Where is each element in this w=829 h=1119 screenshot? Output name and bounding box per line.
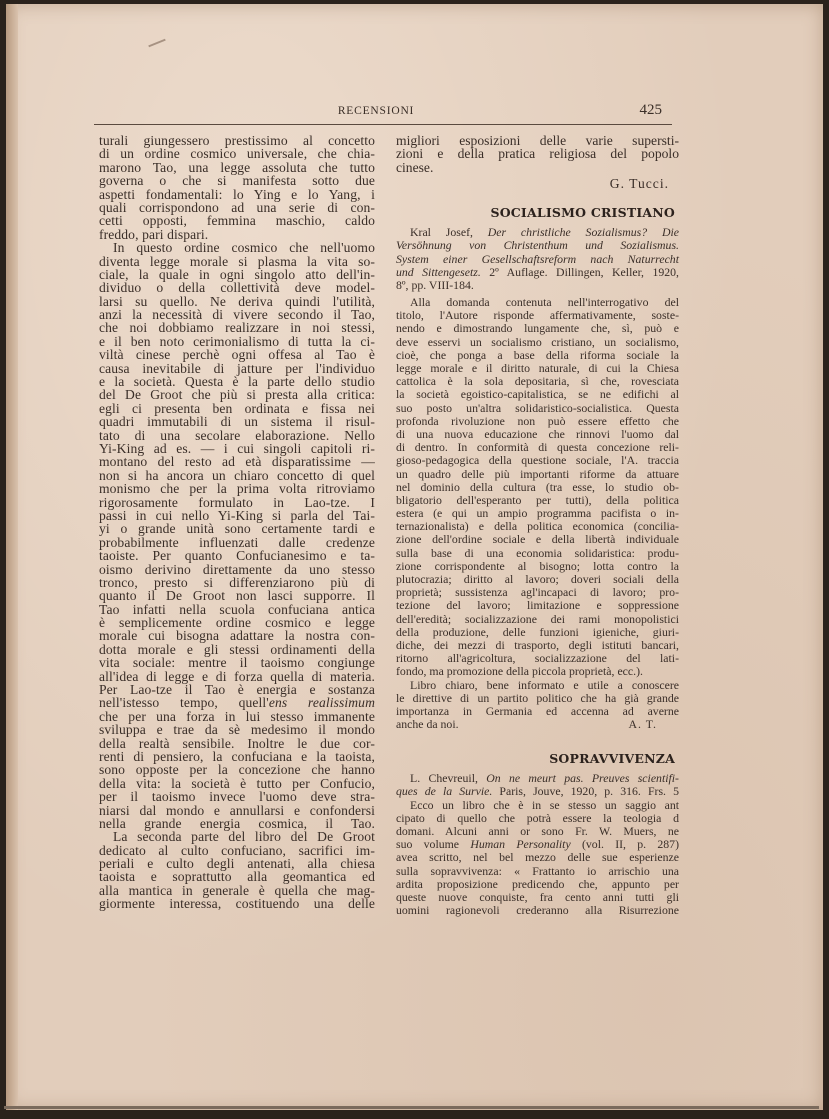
text-line: un quadro delle più importanti riforme d…	[396, 468, 679, 481]
text-line: yi o grande unità sono certamente tardi …	[99, 522, 375, 535]
text-line: cetti opposti, femmina maschio, caldo	[99, 214, 375, 227]
text-line: uomini ragionevoli crederanno alla Risur…	[396, 904, 679, 917]
text-fragment: anche da noi.	[396, 718, 459, 731]
reviewer-signature: A. T.	[629, 718, 679, 731]
citation-author: L. Chevreuil,	[410, 771, 486, 785]
text-line: In questo ordine cosmico che nell'uomo	[99, 241, 375, 254]
citation-title: On ne meurt pas. Preuves scientifi-	[486, 771, 679, 785]
citation-details: 8º, pp. VIII-184.	[396, 279, 679, 292]
text-line: quadri immutabili di un sistema il risul…	[99, 415, 375, 428]
text-line: che noi dobbiamo realizzare in noi stess…	[99, 321, 375, 334]
text-line: Yi-King ad es. — i cui singoli capitoli …	[99, 442, 375, 455]
text-line: cinese.	[396, 161, 679, 174]
text-line: e il ben noto cerimonialismo di tutta la…	[99, 335, 375, 348]
text-line: non si ha ancora un chiaro concetto di q…	[99, 469, 375, 482]
text-line: alla mantica in generale è quella che ma…	[99, 884, 375, 897]
text-line: ardita proposizione predicendo che, appu…	[396, 878, 679, 891]
text-line: taoiste. Per quanto Confucianesimo e ta-	[99, 549, 375, 562]
text-line: nendo e dimostrando lungamente che, sì, …	[396, 322, 679, 335]
text-line: deve esservi un socialismo cristiano, un…	[396, 336, 679, 349]
text-line: migliori esposizioni delle varie superst…	[396, 134, 679, 147]
paragraph: turali giungessero prestissimo al concet…	[99, 134, 375, 241]
text-line: marono Tao, una legge assoluta che tutto	[99, 161, 375, 174]
text-line: all'idea di legge e di forza quella di m…	[99, 670, 375, 683]
right-column: migliori esposizioni delle varie superst…	[396, 134, 679, 917]
text-line: probabilmente influenzati dalle credenze	[99, 536, 375, 549]
text-line: aspetti fondamentali: lo Ying e lo Yang,…	[99, 188, 375, 201]
text-line: della vita: la società è tutto per Confu…	[99, 777, 375, 790]
text-line: sulla sopravvivenza: « Frattanto io arri…	[396, 865, 679, 878]
text-fragment: suo volume	[396, 837, 470, 851]
text-line: governa o che si manifesta sotto due	[99, 174, 375, 187]
text-line: tato di una secolare elaborazione. Nello	[99, 429, 375, 442]
text-line: taoista e soprattutto alla geomantica ed	[99, 870, 375, 883]
page-number: 425	[640, 102, 663, 119]
text-line: niarsi dal mondo e annullarsi e confonde…	[99, 804, 375, 817]
text-line: morale cui bisogna adattare la nostra co…	[99, 629, 375, 642]
text-line: è semplicemente ordine cosmico e legge	[99, 616, 375, 629]
text-line: passi in cui nello Yi-King si parla del …	[99, 509, 375, 522]
review-socialismo-cristiano: SOCIALISMO CRISTIANO Kral Josef, Der chr…	[396, 205, 679, 731]
text-line: del De Groot che più si presta alla crit…	[99, 388, 375, 401]
text-line: dividuo o della collettività deve model-	[99, 281, 375, 294]
text-line: profonda rivoluzione non può essere effe…	[396, 415, 679, 428]
citation-author: Kral Josef,	[410, 225, 488, 239]
closing-line: anche da noi. A. T.	[396, 718, 679, 731]
text-line: quali corrispondono ad una serie di con-	[99, 201, 375, 214]
review-sopravvivenza: SOPRAVVIVENZA L. Chevreuil, On ne meurt …	[396, 751, 679, 917]
citation-details: Paris, Jouve, 1920, p. 316. Frs. 5	[492, 784, 679, 798]
text-line: periali e culto degli antenati, alla chi…	[99, 857, 375, 870]
text-line: Ecco un libro che è in se stesso un sagg…	[396, 799, 679, 812]
text-line: giormente interessa, costituendo una del…	[99, 897, 375, 910]
page-bottom-edge	[4, 1106, 819, 1109]
text-line: montano del resto ad età disparatissime …	[99, 455, 375, 468]
text-line: sulla base di una economia solidaristica…	[396, 547, 679, 560]
section-heading: SOCIALISMO CRISTIANO	[396, 205, 675, 220]
text-line: per il taoismo invece l'uomo deve stra-	[99, 790, 375, 803]
text-line: nella grande energia cosmica, il Tao.	[99, 817, 375, 830]
text-line: le direttive di un partito politico che …	[396, 692, 679, 705]
text-line: di un ordine cosmico universale, che chi…	[99, 147, 375, 160]
page-spine-shadow	[6, 4, 18, 1110]
continuation-paragraph: migliori esposizioni delle varie superst…	[396, 134, 679, 192]
text-line: tronco, presto si differenziarono più di	[99, 576, 375, 589]
text-line: dell'eredità; socializzazione dei rami m…	[396, 613, 679, 626]
review-body: Alla domanda contenuta nell'interrogativ…	[396, 296, 679, 731]
citation-title: Versöhnung von Christenthum und Sozialis…	[396, 239, 679, 252]
text-line: renti di pensiero, la confuciana e la ta…	[99, 750, 375, 763]
running-header: RECENSIONI 425	[88, 103, 664, 123]
paragraph: In questo ordine cosmico che nell'uomo d…	[99, 241, 375, 830]
review-body: Ecco un libro che è in se stesso un sagg…	[396, 799, 679, 918]
text-fragment: (vol. II, p. 287)	[571, 837, 679, 851]
text-line: monismo che per la prima volta ritroviam…	[99, 482, 375, 495]
text-line: zione dell'ordine sociale e della libert…	[396, 533, 679, 546]
text-line: zioni e della pratica religiosa del popo…	[396, 147, 679, 160]
text-line: turali giungessero prestissimo al concet…	[99, 134, 375, 147]
text-line: larsi su quello. Ne deriva quindi l'util…	[99, 295, 375, 308]
text-line: quanto il De Groot non lasci supporre. I…	[99, 589, 375, 602]
citation-title: Der christliche Sozialismus? Die	[488, 225, 679, 239]
text-line: dotta morale e gli stessi ordinamenti de…	[99, 643, 375, 656]
text-line: oismo derivino direttamente da uno stess…	[99, 563, 375, 576]
text-line: della produzione, delle funzioni igienic…	[396, 626, 679, 639]
text-line: Per Lao-tze il Tao è energia e sostanza	[99, 683, 375, 696]
text-line: rigorosamente formulato in Lao-tze. I	[99, 496, 375, 509]
citation-title: ques de la Survie.	[396, 784, 492, 798]
text-line: vita sociale: mentre il taoismo congiung…	[99, 656, 375, 669]
text-line: che per una forza in lui stesso immanent…	[99, 710, 375, 723]
text-line: fondo, ma promozione della piccola propr…	[396, 665, 679, 678]
text-line: freddo, pari dispari.	[99, 228, 375, 241]
text-line: della realtà sensibile. Inoltre le due c…	[99, 737, 375, 750]
text-line: ciale, la quale in ogni singolo atto del…	[99, 268, 375, 281]
header-rule	[94, 124, 672, 125]
book-title-italic: Human Personality	[470, 837, 570, 851]
section-heading: SOPRAVVIVENZA	[396, 751, 675, 766]
text-line: avea scritto, nel bel mezzo delle sue es…	[396, 851, 679, 864]
text-line: la società egoistico-capitalistica, se n…	[396, 388, 679, 401]
text-line: anzi la necessità di vivere secondo il T…	[99, 308, 375, 321]
text-line: egli ci presenta ben ordinata e fissa ne…	[99, 402, 375, 415]
text-line: La seconda parte del libro del De Groot	[99, 830, 375, 843]
text-line: causa inevitabile di jatture per l'indiv…	[99, 362, 375, 375]
text-line: gioso-pedagogica della questione sociale…	[396, 454, 679, 467]
text-line: suo posto un'altra solidaristico-sociali…	[396, 402, 679, 415]
citation-line: und Sittengesetz. 2º Auflage. Dillingen,…	[396, 266, 679, 279]
book-page: RECENSIONI 425 turali giungessero presti…	[6, 4, 823, 1110]
text-line: viltà cinese perchè ogni offesa al Tao è	[99, 348, 375, 361]
running-title: RECENSIONI	[88, 105, 664, 117]
text-line: Tao infatti nella scuola confuciana anti…	[99, 603, 375, 616]
text-line: dedicato al culto confuciano, sacrifici …	[99, 844, 375, 857]
text-line: nel dominio della cultura (tra esse, lo …	[396, 481, 679, 494]
text-line: sviluppa e trae da sè medesimo il mondo	[99, 723, 375, 736]
citation-line: ques de la Survie. Paris, Jouve, 1920, p…	[396, 785, 679, 798]
text-line: tezione del lavoro; limitazione e soppre…	[396, 599, 679, 612]
pencil-mark	[148, 39, 165, 48]
citation-title: und Sittengesetz.	[396, 265, 481, 279]
left-column: turali giungessero prestissimo al concet…	[99, 134, 375, 911]
text-line: sono opposte per la concezione che hanno	[99, 763, 375, 776]
citation-details: 2º Auflage. Dillingen, Keller, 1920,	[481, 265, 679, 279]
text-line: e la società. Questa è la parte dello st…	[99, 375, 375, 388]
text-line-with-italic: nell'istesso tempo, quell'ens realissimu…	[99, 696, 375, 709]
paragraph: La seconda parte del libro del De Groot …	[99, 830, 375, 910]
citation: Kral Josef, Der christliche Sozialismus?…	[396, 226, 679, 292]
text-line: Libro chiaro, bene informato e utile a c…	[396, 679, 679, 692]
reviewer-signature: G. Tucci.	[396, 176, 679, 192]
text-line: diventa legge morale si plasma la vita s…	[99, 255, 375, 268]
citation: L. Chevreuil, On ne meurt pas. Preuves s…	[396, 772, 679, 798]
